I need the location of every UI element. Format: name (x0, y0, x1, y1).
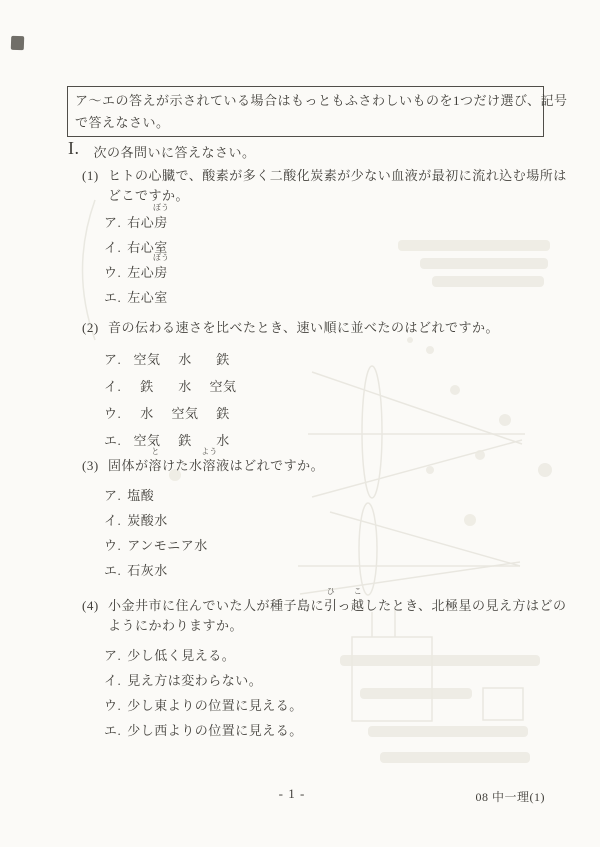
question-4-head: (4) 小金井市に住んでいた人が種子島に引ひっ越こしたとき、北極星の見え方はどの… (82, 596, 562, 636)
answer-option: ア. 少し低く見える。 (104, 641, 562, 666)
option-letter: ウ. (104, 403, 128, 422)
section-heading: I. 次の各問いに答えなさい。 (68, 139, 256, 161)
option-text: アンモニア水 (127, 535, 207, 554)
option-item: 鉄 (128, 376, 166, 395)
question-2: (2) 音の伝わる速さを比べたとき、速い順に並べたのはどれですか。 ア. 空気 … (82, 318, 562, 452)
option-item: 鉄 (166, 430, 204, 449)
option-text: 炭酸水 (127, 510, 168, 529)
question-4: (4) 小金井市に住んでいた人が種子島に引ひっ越こしたとき、北極星の見え方はどの… (82, 596, 562, 741)
instruction-line-2: で答えなさい。 (75, 112, 536, 134)
question-text-part: けた水 (162, 458, 203, 473)
answer-option: ウ. 少し東よりの位置に見える。 (104, 691, 562, 716)
question-text: 固体が溶とけた水溶よう液はどれですか。 (108, 456, 562, 476)
option-letter: ア. (104, 212, 121, 231)
question-text-line: 音の伝わる速さを比べたとき、速い順に並べたのはどれですか。 (108, 320, 499, 335)
question-text-line: どこですか。 (108, 188, 189, 203)
answer-option: エ. 少し西よりの位置に見える。 (104, 716, 562, 741)
furigana: ぼう (153, 254, 169, 262)
question-number: (4) (82, 596, 108, 636)
answer-option: イ. 見え方は変わらない。 (104, 666, 562, 691)
option-letter: ア. (104, 485, 121, 504)
option-item: 空気 (128, 430, 166, 449)
option-item: 水 (166, 349, 204, 368)
answer-option: イ. 炭酸水 (104, 506, 562, 531)
option-letter: ア. (104, 645, 121, 664)
answer-option: ア. 塩酸 (104, 481, 562, 506)
ruby-word: 越こ (351, 596, 365, 616)
ruby-base: 越 (351, 598, 365, 613)
option-item: 水 (128, 403, 166, 422)
question-text-part: したとき、北極星の見え方はどの (365, 598, 567, 613)
option-letter: イ. (104, 510, 121, 529)
answer-option: エ. 空気 鉄 水 (104, 425, 562, 452)
option-letter: ウ. (104, 262, 121, 281)
option-letter: エ. (104, 720, 121, 739)
question-text: 小金井市に住んでいた人が種子島に引ひっ越こしたとき、北極星の見え方はどの ように… (108, 596, 567, 636)
furigana: と (151, 448, 159, 456)
question-text: 音の伝わる速さを比べたとき、速い順に並べたのはどれですか。 (108, 318, 562, 338)
option-letter: エ. (104, 560, 121, 579)
question-4-options: ア. 少し低く見える。 イ. 見え方は変わらない。 ウ. 少し東よりの位置に見え… (104, 641, 562, 741)
question-text-line: 固体が溶とけた水溶よう液はどれですか。 (108, 458, 324, 473)
question-1-head: (1) ヒトの心臓で、酸素が多く二酸化炭素が少ない血液が最初に流れ込む場所は ど… (82, 166, 562, 206)
instruction-line-1: ア〜エの答えが示されている場合はもっともふさわしいものを1つだけ選び、記号 (75, 90, 536, 112)
furigana: こ (354, 588, 362, 596)
question-number: (3) (82, 456, 108, 476)
question-text-line: 小金井市に住んでいた人が種子島に引ひっ越こしたとき、北極星の見え方はどの (108, 598, 567, 613)
option-letter: ア. (104, 349, 128, 368)
question-text-part: っ (338, 598, 352, 613)
question-text-part: 固体が (108, 458, 149, 473)
answer-option: イ. 右心室 (104, 233, 562, 258)
question-number: (1) (82, 166, 108, 206)
option-letter: ウ. (104, 535, 121, 554)
answer-option: イ. 鉄 水 空気 (104, 371, 562, 398)
option-text: 塩酸 (127, 485, 154, 504)
option-text: 左心房ぼう (127, 262, 168, 281)
question-text-line: ようにかわりますか。 (108, 618, 243, 633)
question-text-part: 小金井市に住んでいた人が種子島に (108, 598, 324, 613)
option-item: 鉄 (204, 403, 242, 422)
option-text: 少し低く見える。 (127, 645, 235, 664)
question-2-options: ア. 空気 水 鉄 イ. 鉄 水 空気 ウ. 水 空気 鉄 エ. 空気 鉄 (104, 344, 562, 452)
ruby-word: 房ぼう (154, 212, 168, 231)
document-code: 08 中一理(1) (476, 788, 546, 805)
option-text: 石灰水 (127, 560, 168, 579)
option-item: 水 (166, 376, 204, 395)
option-letter: イ. (104, 376, 128, 395)
ruby-base: 溶 (203, 458, 217, 473)
question-3-options: ア. 塩酸 イ. 炭酸水 ウ. アンモニア水 エ. 石灰水 (104, 481, 562, 581)
instruction-box: ア〜エの答えが示されている場合はもっともふさわしいものを1つだけ選び、記号 で答… (67, 86, 544, 137)
option-text-part: 左心 (127, 265, 154, 280)
question-1: (1) ヒトの心臓で、酸素が多く二酸化炭素が少ない血液が最初に流れ込む場所は ど… (82, 166, 562, 308)
ruby-word: 溶よう (203, 456, 217, 476)
question-text-line: ヒトの心臓で、酸素が多く二酸化炭素が少ない血液が最初に流れ込む場所は (108, 168, 567, 183)
option-item: 空気 (128, 349, 166, 368)
answer-option: ア. 右心房ぼう (104, 208, 562, 233)
option-text: 少し東よりの位置に見える。 (127, 695, 303, 714)
furigana: ぼう (153, 204, 169, 212)
section-title: 次の各問いに答えなさい。 (94, 139, 256, 161)
ruby-word: 引ひ (324, 596, 338, 616)
option-letter: イ. (104, 237, 121, 256)
furigana: よう (201, 448, 217, 456)
ruby-word: 溶と (149, 456, 163, 476)
ruby-base: 引 (324, 598, 338, 613)
question-2-head: (2) 音の伝わる速さを比べたとき、速い順に並べたのはどれですか。 (82, 318, 562, 338)
option-item: 空気 (166, 403, 204, 422)
option-letter: エ. (104, 430, 128, 449)
ruby-base: 溶 (149, 458, 163, 473)
answer-option: ウ. 左心房ぼう (104, 258, 562, 283)
option-text: 左心室 (127, 287, 168, 306)
question-3: (3) 固体が溶とけた水溶よう液はどれですか。 ア. 塩酸 イ. 炭酸水 ウ. … (82, 456, 562, 581)
ruby-base: 房 (154, 215, 168, 230)
option-item: 空気 (204, 376, 242, 395)
exam-page: ア〜エの答えが示されている場合はもっともふさわしいものを1つだけ選び、記号 で答… (0, 0, 600, 847)
option-text: 右心房ぼう (127, 212, 168, 231)
ruby-base: 房 (154, 265, 168, 280)
ruby-word: 房ぼう (154, 262, 168, 281)
option-letter: エ. (104, 287, 121, 306)
option-text: 見え方は変わらない。 (127, 670, 262, 689)
furigana: ひ (327, 588, 335, 596)
answer-option: ウ. アンモニア水 (104, 531, 562, 556)
section-numeral: I. (68, 139, 80, 157)
question-number: (2) (82, 318, 108, 338)
question-text: ヒトの心臓で、酸素が多く二酸化炭素が少ない血液が最初に流れ込む場所は どこですか… (108, 166, 567, 206)
scan-artifact-mark (11, 36, 24, 50)
question-3-head: (3) 固体が溶とけた水溶よう液はどれですか。 (82, 456, 562, 476)
question-text-part: 液はどれですか。 (216, 458, 324, 473)
question-1-options: ア. 右心房ぼう イ. 右心室 ウ. 左心房ぼう エ. 左心室 (104, 208, 562, 308)
option-letter: ウ. (104, 695, 121, 714)
option-letter: イ. (104, 670, 121, 689)
option-text: 少し西よりの位置に見える。 (127, 720, 303, 739)
answer-option: エ. 石灰水 (104, 556, 562, 581)
option-text-part: 右心 (127, 215, 154, 230)
answer-option: エ. 左心室 (104, 283, 562, 308)
answer-option: ウ. 水 空気 鉄 (104, 398, 562, 425)
answer-option: ア. 空気 水 鉄 (104, 344, 562, 371)
option-item: 鉄 (204, 349, 242, 368)
